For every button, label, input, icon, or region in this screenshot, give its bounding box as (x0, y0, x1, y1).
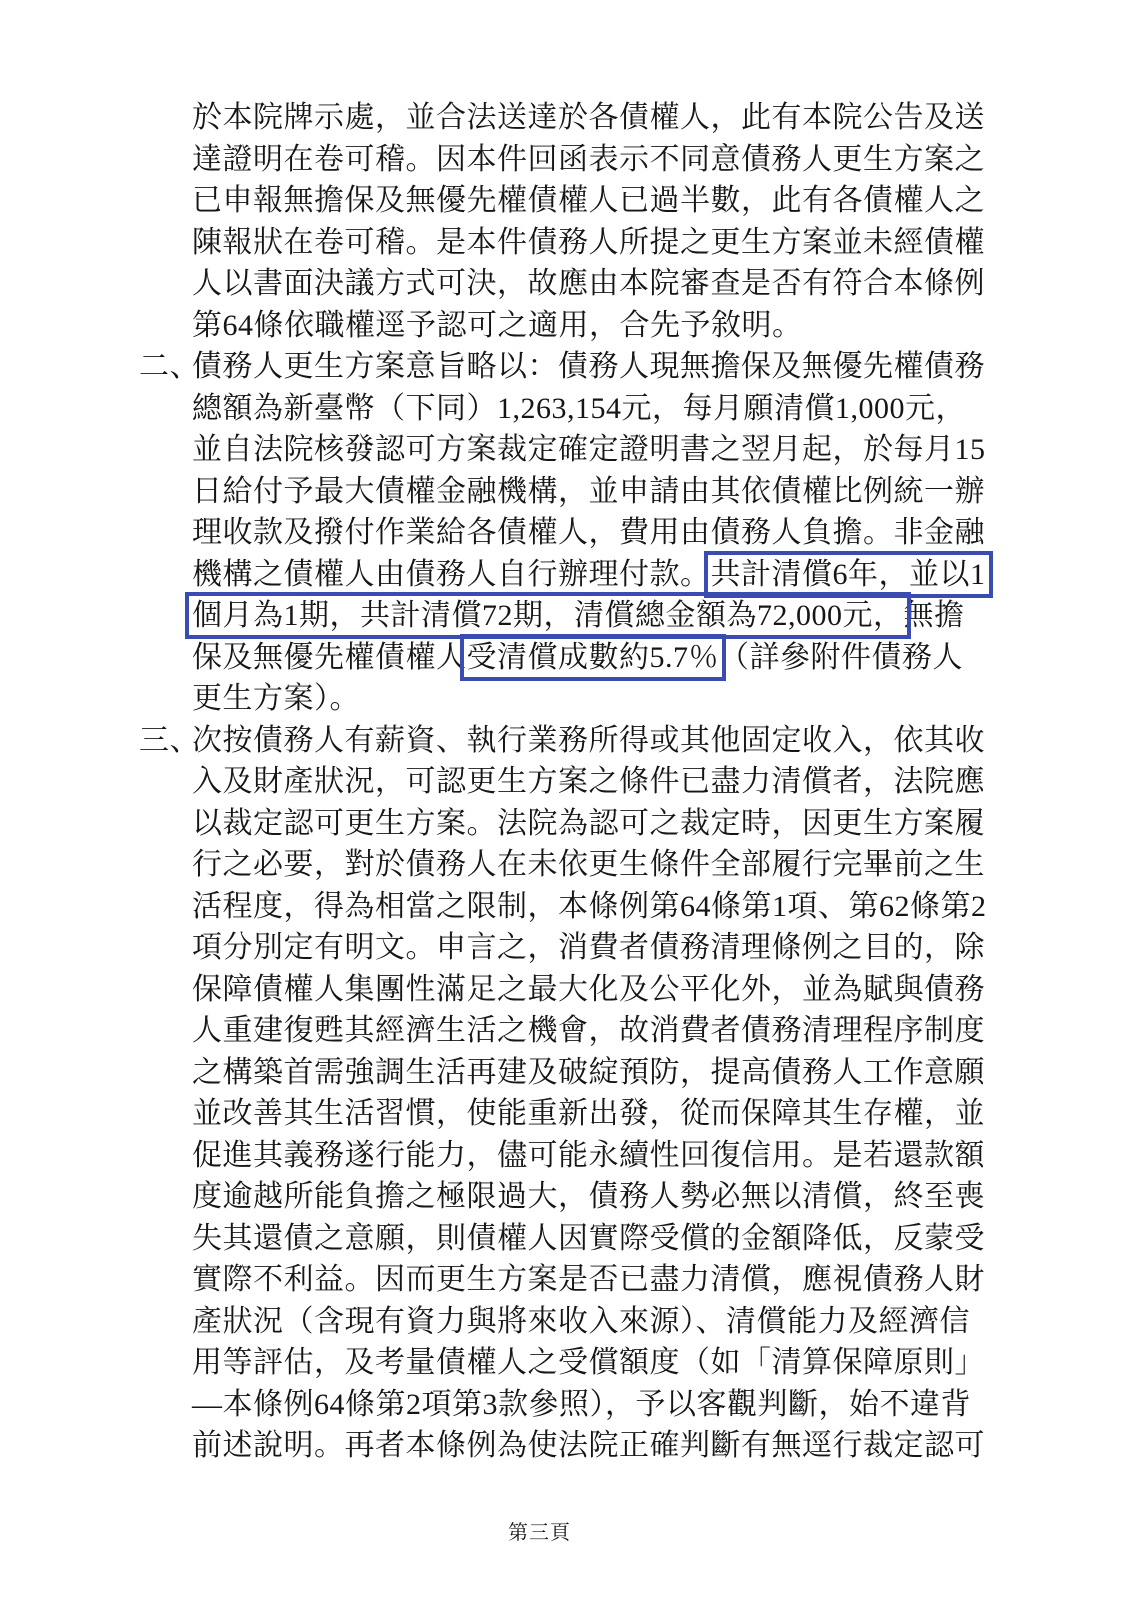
text-segment: 第64條依職權逕予認可之適用，合先予敘明。 (192, 309, 803, 342)
text-line: 用等評估，及考量債權人之受償額度（如「清算保障原則」 (192, 1342, 1131, 1384)
list-item-marker: 三、 (139, 720, 200, 762)
text-line: 債務人更生方案意旨略以：債務人現無擔保及無優先權債務 (192, 346, 1131, 388)
text-segment: 行之必要，對於債務人在未依更生條件全部履行完畢前之生 (192, 848, 985, 881)
text-segment: 活程度，得為相當之限制，本條例第64條第1項、第62條第2 (192, 890, 987, 923)
text-segment: 並自法院核發認可方案裁定確定證明書之翌月起，於每月15 (192, 433, 986, 466)
text-segment: 並改善其生活習慣，使能重新出發，從而保障其生存權，並 (192, 1097, 985, 1130)
text-segment: 日給付予最大債權金融機構，並申請由其依債權比例統一辦 (192, 475, 985, 508)
text-line: 前述說明。再者本條例為使法院正確判斷有無逕行裁定認可 (192, 1425, 1131, 1467)
text-line: 保障債權人集團性滿足之最大化及公平化外，並為賦與債務 (192, 969, 1131, 1011)
text-line: 更生方案）。 (192, 678, 1131, 720)
text-line: 保及無優先權債權人受清償成數約5.7％（詳參附件債務人 (192, 637, 1131, 679)
paragraph-block: 於本院牌示處，並合法送達於各債權人，此有本院公告及送達證明在卷可稽。因本件回函表… (0, 97, 1131, 346)
text-segment: 理收款及撥付作業給各債權人，費用由債務人負擔。非金融 (192, 516, 985, 549)
paragraph-block: 二、債務人更生方案意旨略以：債務人現無擔保及無優先權債務總額為新臺幣（下同）1,… (0, 346, 1131, 720)
text-segment: 陳報狀在卷可稽。是本件債務人所提之更生方案並未經債權 (192, 226, 985, 259)
text-segment: 次按債務人有薪資、執行業務所得或其他固定收入，依其收 (192, 724, 985, 757)
scanned-court-document-page: 於本院牌示處，並合法送達於各債權人，此有本院公告及送達證明在卷可稽。因本件回函表… (0, 0, 1131, 1600)
list-item-marker: 二、 (139, 346, 200, 388)
text-line: 日給付予最大債權金融機構，並申請由其依債權比例統一辦 (192, 471, 1131, 513)
text-line: 產狀況（含現有資力與將來收入來源）、清償能力及經濟信 (192, 1301, 1131, 1343)
text-segment: 失其還債之意願，則債權人因實際受償的金額降低，反蒙受 (192, 1222, 985, 1255)
text-line: 行之必要，對於債務人在未依更生條件全部履行完畢前之生 (192, 844, 1131, 886)
text-segment: 度逾越所能負擔之極限過大，債務人勢必無以清償，終至喪 (192, 1180, 985, 1213)
text-line: 個月為1期，共計清償72期，清償總金額為72,000元，無擔 (192, 595, 1131, 637)
text-segment: 入及財產狀況，可認更生方案之條件已盡力清償者，法院應 (192, 765, 985, 798)
text-segment: 債務人更生方案意旨略以：債務人現無擔保及無優先權債務 (192, 350, 985, 383)
text-line: 活程度，得為相當之限制，本條例第64條第1項、第62條第2 (192, 886, 1131, 928)
text-segment: 無擔 (904, 599, 965, 632)
text-line: 人以書面決議方式可決，故應由本院審查是否有符合本條例 (192, 263, 1131, 305)
text-line: 之構築首需強調生活再建及破綻預防，提高債務人工作意願 (192, 1052, 1131, 1094)
text-segment: 保障債權人集團性滿足之最大化及公平化外，並為賦與債務 (192, 973, 985, 1006)
text-line: 實際不利益。因而更生方案是否已盡力清償，應視債務人財 (192, 1259, 1131, 1301)
text-segment: 總額為新臺幣（下同）1,263,154元，每月願清償1,000元， (192, 392, 966, 425)
text-line: 總額為新臺幣（下同）1,263,154元，每月願清償1,000元， (192, 388, 1131, 430)
text-line: 達證明在卷可稽。因本件回函表示不同意債務人更生方案之 (192, 139, 1131, 181)
text-line: 以裁定認可更生方案。法院為認可之裁定時，因更生方案履 (192, 803, 1131, 845)
text-line: 次按債務人有薪資、執行業務所得或其他固定收入，依其收 (192, 720, 1131, 762)
text-line: 陳報狀在卷可稽。是本件債務人所提之更生方案並未經債權 (192, 222, 1131, 264)
text-segment: 前述說明。再者本條例為使法院正確判斷有無逕行裁定認可 (192, 1429, 985, 1462)
text-segment: 達證明在卷可稽。因本件回函表示不同意債務人更生方案之 (192, 143, 985, 176)
text-segment: 產狀況（含現有資力與將來收入來源）、清償能力及經濟信 (192, 1305, 970, 1338)
text-segment: 已申報無擔保及無優先權債權人已過半數，此有各債權人之 (192, 184, 985, 217)
text-line: 理收款及撥付作業給各債權人，費用由債務人負擔。非金融 (192, 512, 1131, 554)
text-segment: 人以書面決議方式可決，故應由本院審查是否有符合本條例 (192, 267, 985, 300)
text-line: 於本院牌示處，並合法送達於各債權人，此有本院公告及送 (192, 97, 1131, 139)
text-segment: 以裁定認可更生方案。法院為認可之裁定時，因更生方案履 (192, 807, 985, 840)
text-segment: 項分別定有明文。申言之，消費者債務清理條例之目的，除 (192, 931, 985, 964)
text-line: 失其還債之意願，則債權人因實際受償的金額降低，反蒙受 (192, 1218, 1131, 1260)
text-segment: （詳參附件債務人 (719, 641, 963, 674)
text-line: 入及財產狀況，可認更生方案之條件已盡力清償者，法院應 (192, 761, 1131, 803)
text-segment: 人重建復甦其經濟生活之機會，故消費者債務清理程序制度 (192, 1014, 985, 1047)
highlight-annotation-box: 受清償成數約5.7％ (467, 641, 720, 674)
text-segment: —本條例64條第2項第3款參照），予以客觀判斷，始不違背 (192, 1388, 971, 1421)
text-line: 第64條依職權逕予認可之適用，合先予敘明。 (192, 305, 1131, 347)
page-number: 第三頁 (508, 1516, 571, 1545)
text-segment: 機構之債權人由債務人自行辦理付款。 (192, 558, 711, 591)
text-line: 已申報無擔保及無優先權債權人已過半數，此有各債權人之 (192, 180, 1131, 222)
highlight-annotation-box: 共計清償6年，並以1 (711, 558, 986, 591)
highlight-annotation-box: 個月為1期，共計清償72期，清償總金額為72,000元， (192, 599, 904, 632)
text-line: 度逾越所能負擔之極限過大，債務人勢必無以清償，終至喪 (192, 1176, 1131, 1218)
document-body: 於本院牌示處，並合法送達於各債權人，此有本院公告及送達證明在卷可稽。因本件回函表… (0, 97, 1131, 1467)
text-segment: 實際不利益。因而更生方案是否已盡力清償，應視債務人財 (192, 1263, 985, 1296)
text-segment: 於本院牌示處，並合法送達於各債權人，此有本院公告及送 (192, 101, 985, 134)
text-segment: 之構築首需強調生活再建及破綻預防，提高債務人工作意願 (192, 1056, 985, 1089)
text-line: 機構之債權人由債務人自行辦理付款。共計清償6年，並以1 (192, 554, 1131, 596)
text-segment: 保及無優先權債權人 (192, 641, 467, 674)
text-line: —本條例64條第2項第3款參照），予以客觀判斷，始不違背 (192, 1384, 1131, 1426)
text-segment: 更生方案）。 (192, 682, 360, 715)
text-line: 並自法院核發認可方案裁定確定證明書之翌月起，於每月15 (192, 429, 1131, 471)
paragraph-block: 三、次按債務人有薪資、執行業務所得或其他固定收入，依其收入及財產狀況，可認更生方… (0, 720, 1131, 1467)
text-line: 人重建復甦其經濟生活之機會，故消費者債務清理程序制度 (192, 1010, 1131, 1052)
text-line: 促進其義務遂行能力，儘可能永續性回復信用。是若還款額 (192, 1135, 1131, 1177)
text-segment: 用等評估，及考量債權人之受償額度（如「清算保障原則」 (192, 1346, 985, 1379)
text-segment: 促進其義務遂行能力，儘可能永續性回復信用。是若還款額 (192, 1139, 985, 1172)
text-line: 並改善其生活習慣，使能重新出發，從而保障其生存權，並 (192, 1093, 1131, 1135)
text-line: 項分別定有明文。申言之，消費者債務清理條例之目的，除 (192, 927, 1131, 969)
